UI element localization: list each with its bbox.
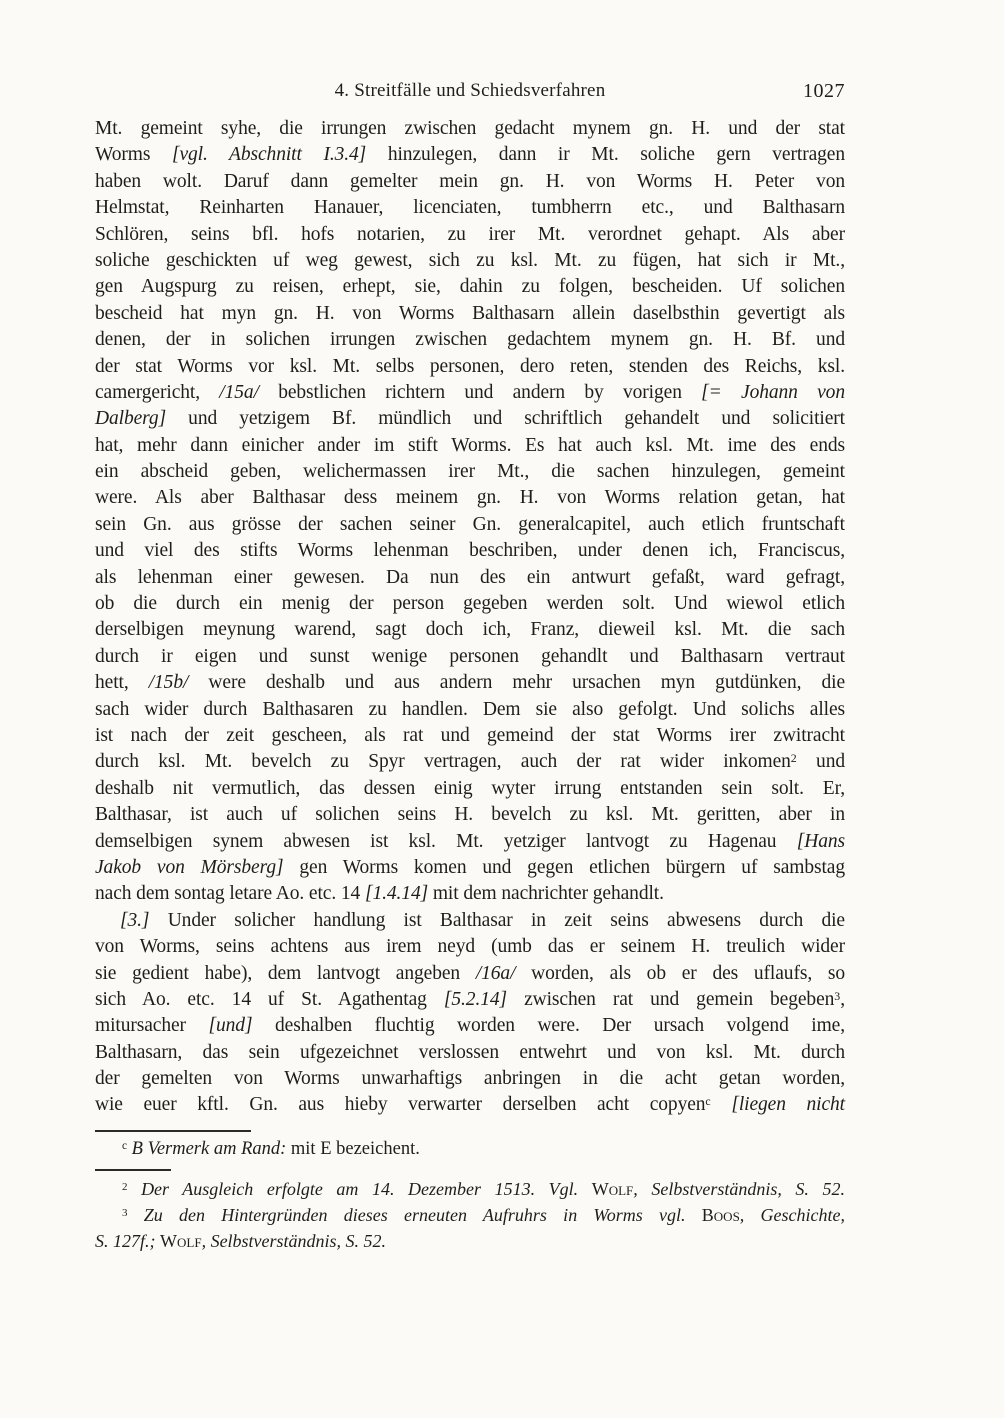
text-line: sein Gn. aus grösse der sachen seiner Gn…	[95, 512, 845, 538]
italic-run: Zu den Hintergründen dieses erneuten Auf…	[144, 1205, 702, 1225]
apparatus-separator-rule	[95, 1130, 251, 1132]
text-run: mit E bezeichent.	[286, 1139, 420, 1159]
italic-run: [3.]	[120, 910, 149, 931]
text-line: 3 Zu den Hintergründen dieses erneuten A…	[95, 1202, 845, 1228]
text-run	[711, 1094, 732, 1115]
page-header: 4. Streitfälle und Schiedsverfahren 1027	[95, 80, 845, 102]
text-run: denen, der in solichen irrungen zwischen…	[95, 329, 845, 350]
italic-run: [vgl. Abschnitt I.3.4]	[172, 144, 366, 165]
text-run: deshalb nit vermutlich, das dessen einig…	[95, 778, 845, 799]
text-run: und	[797, 751, 845, 772]
text-line: mitursacher [und] deshalben fluchtig wor…	[95, 1013, 845, 1039]
text-line: camergericht, /15a/ bebstlichen richtern…	[95, 380, 845, 406]
text-line: Helmstat, Reinharten Hanauer, licenciate…	[95, 195, 845, 221]
text-line: soliche geschickten uf weg gewest, sich …	[95, 248, 845, 274]
text-line: c B Vermerk am Rand: mit E bezeichent.	[95, 1136, 845, 1162]
text-run: Schlören, seins bfl. hofs notarien, zu i…	[95, 224, 845, 245]
apparatus-footnote: c B Vermerk am Rand: mit E bezeichent.	[95, 1136, 845, 1162]
text-line: Jakob von Mörsberg] gen Worms komen und …	[95, 855, 845, 881]
text-line: ein abscheid geben, welichermassen irer …	[95, 459, 845, 485]
text-line: deshalb nit vermutlich, das dessen einig…	[95, 776, 845, 802]
text-line: demselbigen synem abwesen ist ksl. Mt. y…	[95, 829, 845, 855]
text-line: sie gedient habe), dem lantvogt angeben …	[95, 961, 845, 987]
italic-run: , Selbstverständnis, S. 52.	[202, 1231, 387, 1251]
smallcaps-run: Wolf	[160, 1231, 202, 1251]
text-line: Dalberg] und yetzigem Bf. mündlich und s…	[95, 406, 845, 432]
smallcaps-run: Boos	[702, 1205, 740, 1225]
italic-run: Der Ausgleich erfolgte am 14. Dezember 1…	[141, 1179, 592, 1199]
text-run: haben wolt. Daruf dann gemelter mein gn.…	[95, 171, 845, 192]
footnote-marker: c	[705, 1094, 710, 1108]
text-run: sich Ao. etc. 14 uf St. Agathentag	[95, 989, 444, 1010]
footnote-marker: 3	[122, 1207, 127, 1219]
text-run: durch ir eigen und sunst wenige personen…	[95, 646, 845, 667]
text-line: denen, der in solichen irrungen zwischen…	[95, 327, 845, 353]
text-run: sie gedient habe), dem lantvogt angeben	[95, 963, 476, 984]
text-run: Balthasar, ist auch uf solichen seins H.…	[95, 804, 845, 825]
italic-run: /15a/	[219, 382, 259, 403]
text-line: als lehenman einer gewesen. Da nun des e…	[95, 565, 845, 591]
text-line: von Worms, seins achtens aus irem neyd (…	[95, 934, 845, 960]
italic-run: , Selbstverständnis, S. 52.	[633, 1179, 845, 1199]
text-line: der gemelten von Worms unwarhaftigs anbr…	[95, 1066, 845, 1092]
text-run: deshalben fluchtig worden were. Der ursa…	[252, 1015, 845, 1036]
italic-run: , Geschichte,	[740, 1205, 845, 1225]
text-run: Under solicher handlung ist Balthasar in…	[149, 910, 845, 931]
text-line: [3.] Under solicher handlung ist Balthas…	[95, 908, 845, 934]
italic-run: Dalberg]	[95, 408, 166, 429]
italic-run: S. 127f.;	[95, 1231, 160, 1251]
smallcaps-run: Wolf	[592, 1179, 634, 1199]
text-run: ist nach der zeit gescheen, als rat und …	[95, 725, 845, 746]
text-run: zwischen rat und gemein begeben	[507, 989, 834, 1010]
text-run: were. Als aber Balthasar dess meinem gn.…	[95, 487, 845, 508]
text-run: mitursacher	[95, 1015, 209, 1036]
text-line: Mt. gemeint syhe, die irrungen zwischen …	[95, 116, 845, 142]
italic-run: B Vermerk am Rand:	[132, 1139, 287, 1159]
footnote-separator-rule	[95, 1169, 171, 1171]
text-run: were deshalb und aus andern mehr ursache…	[188, 672, 845, 693]
text-run: camergericht,	[95, 382, 219, 403]
text-run: durch ksl. Mt. bevelch zu Spyr vertragen…	[95, 751, 791, 772]
text-run: gen Augspurg zu reisen, erhept, sie, dah…	[95, 276, 845, 297]
italic-run: Jakob von Mörsberg]	[95, 857, 284, 878]
text-line: sach wider durch Balthasaren zu handlen.…	[95, 697, 845, 723]
text-run: gen Worms komen und gegen etlichen bürge…	[284, 857, 845, 878]
italic-run: /16a/	[476, 963, 516, 984]
text-line: hett, /15b/ were deshalb und aus andern …	[95, 670, 845, 696]
text-run: wie euer kftl. Gn. aus hieby verwarter d…	[95, 1094, 705, 1115]
text-line: der stat Worms vor ksl. Mt. selbs person…	[95, 354, 845, 380]
text-run: nach dem sontag letare Ao. etc. 14	[95, 883, 365, 904]
text-line: haben wolt. Daruf dann gemelter mein gn.…	[95, 169, 845, 195]
text-run: hinzulegen, dann ir Mt. soliche gern ver…	[366, 144, 845, 165]
text-line: Schlören, seins bfl. hofs notarien, zu i…	[95, 222, 845, 248]
footnote-marker: c	[122, 1140, 127, 1152]
text-run: der stat Worms vor ksl. Mt. selbs person…	[95, 356, 845, 377]
text-run: und viel des stifts Worms lehenman besch…	[95, 540, 845, 561]
page-number: 1027	[803, 80, 845, 102]
text-run: worden, als ob er des uflaufs, so	[515, 963, 845, 984]
book-page: 4. Streitfälle und Schiedsverfahren 1027…	[0, 0, 1004, 1418]
text-line: gen Augspurg zu reisen, erhept, sie, dah…	[95, 274, 845, 300]
text-line: derselbigen meynung warend, sagt doch ic…	[95, 617, 845, 643]
running-header-title: 4. Streitfälle und Schiedsverfahren	[335, 80, 606, 101]
text-line: und viel des stifts Worms lehenman besch…	[95, 538, 845, 564]
text-line: ist nach der zeit gescheen, als rat und …	[95, 723, 845, 749]
italic-run: [1.4.14]	[365, 883, 428, 904]
italic-run: /15b/	[149, 672, 189, 693]
text-line: were. Als aber Balthasar dess meinem gn.…	[95, 485, 845, 511]
text-run: mit dem nachrichter gehandlt.	[428, 883, 664, 904]
italic-run: [5.2.14]	[444, 989, 507, 1010]
text-run: sach wider durch Balthasaren zu handlen.…	[95, 699, 845, 720]
text-line: durch ksl. Mt. bevelch zu Spyr vertragen…	[95, 749, 845, 775]
text-run: und yetzigem Bf. mündlich und schriftlic…	[166, 408, 845, 429]
text-line: Worms [vgl. Abschnitt I.3.4] hinzulegen,…	[95, 142, 845, 168]
text-run: Balthasarn, das sein ufgezeichnet verslo…	[95, 1042, 845, 1063]
text-run: ,	[840, 989, 845, 1010]
text-run: ob die durch ein menig der person gegebe…	[95, 593, 845, 614]
italic-run: [liegen nicht	[731, 1094, 845, 1115]
text-run: Mt. gemeint syhe, die irrungen zwischen …	[95, 118, 845, 139]
text-run: der gemelten von Worms unwarhaftigs anbr…	[95, 1068, 845, 1089]
text-run: Helmstat, Reinharten Hanauer, licenciate…	[95, 197, 845, 218]
text-line: durch ir eigen und sunst wenige personen…	[95, 644, 845, 670]
text-line: S. 127f.; Wolf, Selbstverständnis, S. 52…	[95, 1228, 845, 1254]
footnote-marker: 3	[834, 989, 840, 1003]
text-run: soliche geschickten uf weg gewest, sich …	[95, 250, 845, 271]
text-line: bescheid hat myn gn. H. von Worms Baltha…	[95, 301, 845, 327]
text-run: von Worms, seins achtens aus irem neyd (…	[95, 936, 845, 957]
body-text: Mt. gemeint syhe, die irrungen zwischen …	[95, 116, 845, 1119]
text-line: 2 Der Ausgleich erfolgte am 14. Dezember…	[95, 1176, 845, 1202]
text-run: derselbigen meynung warend, sagt doch ic…	[95, 619, 845, 640]
text-run: sein Gn. aus grösse der sachen seiner Gn…	[95, 514, 845, 535]
italic-run: [Hans	[797, 831, 845, 852]
text-run	[127, 1205, 143, 1225]
text-run: bebstlichen richtern und andern by vorig…	[259, 382, 701, 403]
text-run: bescheid hat myn gn. H. von Worms Baltha…	[95, 303, 845, 324]
text-run: Worms	[95, 144, 172, 165]
footnote-marker: 2	[122, 1181, 127, 1193]
text-line: ob die durch ein menig der person gegebe…	[95, 591, 845, 617]
text-line: wie euer kftl. Gn. aus hieby verwarter d…	[95, 1092, 845, 1118]
text-run: hat, mehr dann einicher ander im stift W…	[95, 435, 845, 456]
text-line: hat, mehr dann einicher ander im stift W…	[95, 433, 845, 459]
text-run: demselbigen synem abwesen ist ksl. Mt. y…	[95, 831, 797, 852]
text-line: nach dem sontag letare Ao. etc. 14 [1.4.…	[95, 881, 845, 907]
text-run: ein abscheid geben, welichermassen irer …	[95, 461, 845, 482]
text-line: sich Ao. etc. 14 uf St. Agathentag [5.2.…	[95, 987, 845, 1013]
text-run: hett,	[95, 672, 149, 693]
italic-run: [= Johann von	[701, 382, 845, 403]
footnote-marker: 2	[791, 751, 797, 765]
text-run: als lehenman einer gewesen. Da nun des e…	[95, 567, 845, 588]
italic-run: [und]	[209, 1015, 253, 1036]
text-line: Balthasar, ist auch uf solichen seins H.…	[95, 802, 845, 828]
footnotes: 2 Der Ausgleich erfolgte am 14. Dezember…	[95, 1176, 845, 1254]
text-line: Balthasarn, das sein ufgezeichnet verslo…	[95, 1040, 845, 1066]
text-run	[127, 1179, 141, 1199]
